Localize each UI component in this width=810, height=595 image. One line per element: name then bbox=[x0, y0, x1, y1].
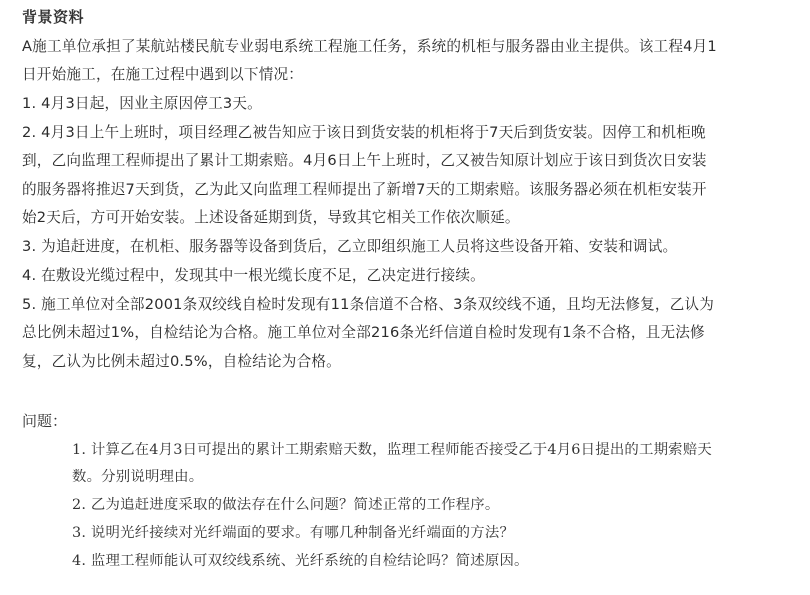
background-line: 到，乙向监理工程师提出了累计工期索赔。4月6日上午上班时，乙又被告知原计划应于该… bbox=[22, 150, 707, 172]
background-line: 总比例未超过1%，自检结论为合格。施工单位对全部216条光纤信道自检时发现有1条… bbox=[22, 322, 705, 344]
question-3: 3. 说明光纤接续对光纤端面的要求。有哪几种制备光纤端面的方法？ bbox=[72, 522, 514, 544]
background-item-2: 2. 4月3日上午上班时，项目经理乙被告知应于该日到货安装的机柜将于7天后到货安… bbox=[22, 122, 706, 144]
background-item-4: 4. 在敷设光缆过程中，发现其中一根光缆长度不足，乙决定进行接续。 bbox=[22, 265, 485, 287]
document-page: 背景资料 A施工单位承担了某航站楼民航专业弱电系统工程施工任务，系统的机柜与服务… bbox=[0, 0, 810, 595]
question-1: 1. 计算乙在4月3日可提出的累计工期索赔天数，监理工程师能否接受乙于4月6日提… bbox=[72, 439, 712, 461]
background-heading: 背景资料 bbox=[22, 6, 84, 27]
question-4: 4. 监理工程师能认可双绞线系统、光纤系统的自检结论吗？简述原因。 bbox=[72, 550, 529, 572]
background-item-3: 3. 为追赶进度，在机柜、服务器等设备到货后，乙立即组织施工人员将这些设备开箱、… bbox=[22, 236, 677, 258]
background-line: 复，乙认为比例未超过0.5%，自检结论为合格。 bbox=[22, 351, 341, 373]
background-item-1: 1. 4月3日起，因业主原因停工3天。 bbox=[22, 93, 262, 115]
background-line: 日开始施工，在施工过程中遇到以下情况： bbox=[22, 64, 303, 86]
background-item-5: 5. 施工单位对全部2001条双绞线自检时发现有11条信道不合格、3条双绞线不通… bbox=[22, 294, 714, 316]
question-1-cont: 数。分别说明理由。 bbox=[72, 466, 203, 488]
background-line: 的服务器将推迟7天到货，乙为此又向监理工程师提出了新增7天的工期索赔。该服务器必… bbox=[22, 179, 707, 201]
background-line: 始2天后，方可开始安装。上述设备延期到货，导致其它相关工作依次顺延。 bbox=[22, 207, 520, 229]
questions-heading: 问题： bbox=[22, 410, 67, 431]
background-line: A施工单位承担了某航站楼民航专业弱电系统工程施工任务，系统的机柜与服务器由业主提… bbox=[22, 36, 717, 58]
question-2: 2. 乙为追赶进度采取的做法存在什么问题？简述正常的工作程序。 bbox=[72, 494, 499, 516]
